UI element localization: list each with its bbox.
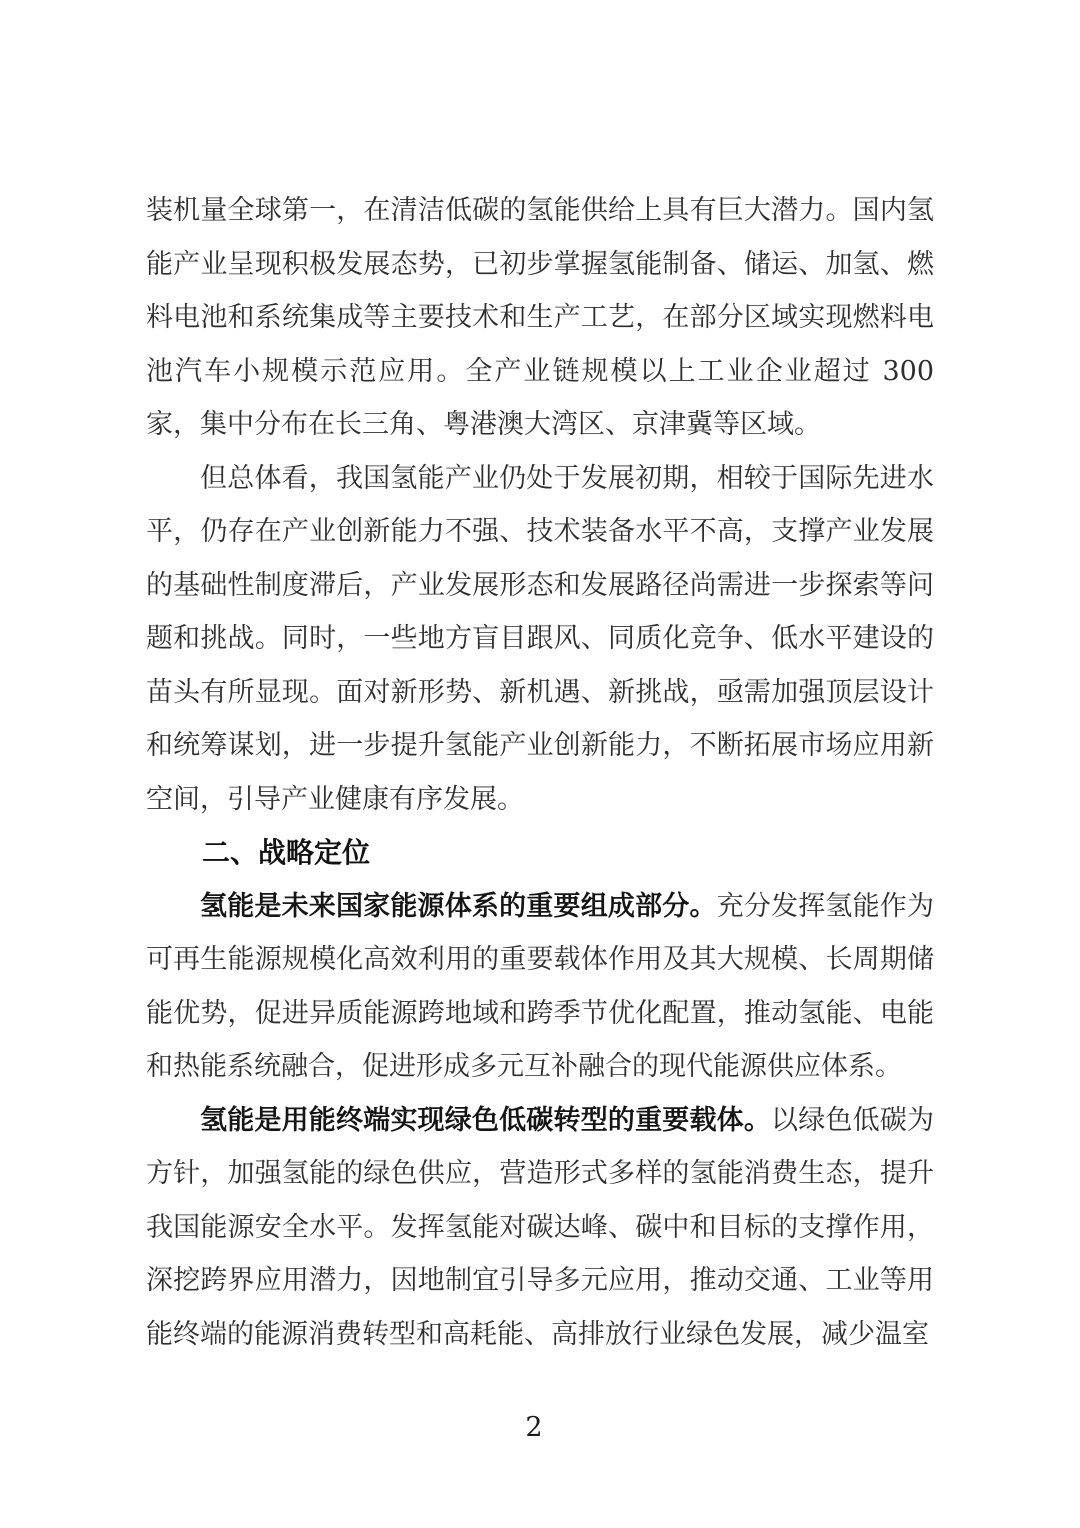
page-number: 2 — [525, 1412, 542, 1443]
page-footer: 2 — [0, 1412, 1068, 1443]
section-heading-strategic-positioning: 二、战略定位 — [146, 826, 934, 880]
document-page: 装机量全球第一，在清洁低碳的氢能供给上具有巨大潜力。国内氢能产业呈现积极发展态势… — [0, 0, 1080, 1528]
lead-sentence: 氢能是用能终端实现绿色低碳转型的重要载体。 — [200, 1105, 771, 1136]
paragraph-current-issues: 但总体看，我国氢能产业仍处于发展初期，相较于国际先进水平，仍存在产业创新能力不强… — [146, 452, 934, 827]
paragraph-text: 以绿色低碳为方针，加强氢能的绿色供应，营造形式多样的氢能消费生态，提升我国能源安… — [146, 1105, 934, 1350]
lead-sentence: 氢能是未来国家能源体系的重要组成部分。 — [200, 891, 717, 922]
paragraph-green-transition: 氢能是用能终端实现绿色低碳转型的重要载体。以绿色低碳为方针，加强氢能的绿色供应，… — [146, 1094, 934, 1362]
paragraph-energy-system: 氢能是未来国家能源体系的重要组成部分。充分发挥氢能作为可再生能源规模化高效利用的… — [146, 880, 934, 1094]
paragraph-continuation: 装机量全球第一，在清洁低碳的氢能供给上具有巨大潜力。国内氢能产业呈现积极发展态势… — [146, 184, 934, 452]
document-body: 装机量全球第一，在清洁低碳的氢能供给上具有巨大潜力。国内氢能产业呈现积极发展态势… — [146, 184, 934, 1361]
